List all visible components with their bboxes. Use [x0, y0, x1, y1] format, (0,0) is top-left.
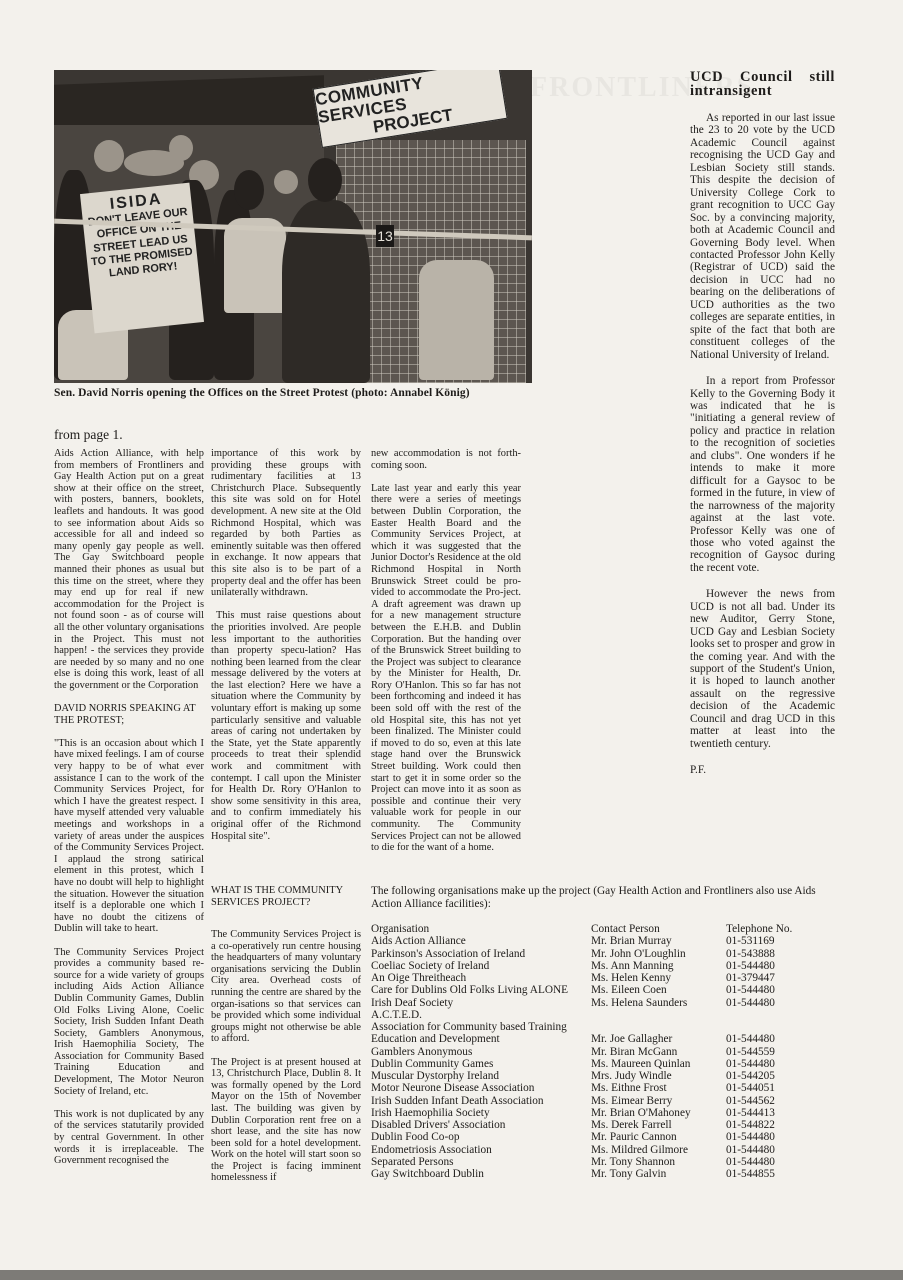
person-behind-mesh	[419, 260, 494, 380]
table-row: Endometriosis AssociationMs. Mildred Gil…	[371, 1144, 831, 1156]
balloon	[169, 135, 193, 161]
table-row: Dublin Food Co-opMr. Pauric Cannon01-544…	[371, 1131, 831, 1143]
telephone-cell: 01-544480	[726, 984, 831, 996]
paragraph: As reported in our last issue the 23 to …	[690, 112, 835, 361]
contact-cell: Mr. Biran McGann	[591, 1046, 726, 1058]
organisations-table: Organisation Contact Person Telephone No…	[371, 923, 831, 1180]
table-row: Care for Dublins Old Folks Living ALONEM…	[371, 984, 831, 996]
table-row: Separated PersonsMr. Tony Shannon01-5444…	[371, 1156, 831, 1168]
table-row: Motor Neurone Disease AssociationMs. Eit…	[371, 1082, 831, 1094]
paragraph: This must raise questions about the prio…	[211, 610, 361, 842]
org-cell: Coeliac Society of Ireland	[371, 960, 591, 972]
article-column-1: Aids Action Alliance, with help from mem…	[54, 448, 204, 1178]
table-row: Aids Action AllianceMr. Brian Murray01-5…	[371, 935, 831, 947]
table-row: Irish Deaf SocietyMs. Helena Saunders01-…	[371, 997, 831, 1009]
contact-cell: Ms. Helena Saunders	[591, 997, 726, 1009]
paragraph: importance of this work by providing the…	[211, 448, 361, 599]
org-cell: Irish Haemophilia Society	[371, 1107, 591, 1119]
contact-cell: Mr. John O'Loughlin	[591, 948, 726, 960]
contact-cell: Mrs. Judy Windle	[591, 1070, 726, 1082]
contact-cell	[591, 1009, 726, 1021]
org-cell: Education and Development	[371, 1033, 591, 1045]
contact-cell: Ms. Ann Manning	[591, 960, 726, 972]
org-cell: Gamblers Anonymous	[371, 1046, 591, 1058]
paragraph: The Community Services Project is a co-o…	[211, 929, 361, 1045]
org-cell: Dublin Community Games	[371, 1058, 591, 1070]
telephone-cell: 01-544855	[726, 1168, 831, 1180]
header-telephone: Telephone No.	[726, 923, 831, 935]
person-head	[234, 170, 264, 210]
table-row: An Oige ThreitheachMs. Helen Kenny01-379…	[371, 972, 831, 984]
newspaper-page: FRONTLINERS COMMUNITY SERVICES PROJECT I…	[0, 0, 903, 1270]
author-signature: P.F.	[690, 764, 835, 776]
paragraph: "This is an occasion about which I have …	[54, 738, 204, 935]
telephone-cell: 01-544480	[726, 1156, 831, 1168]
contact-cell: Mr. Joe Gallagher	[591, 1033, 726, 1045]
org-cell: An Oige Threitheach	[371, 972, 591, 984]
org-cell: Disabled Drivers' Association	[371, 1119, 591, 1131]
paragraph: The Project is at present housed at 13, …	[211, 1057, 361, 1185]
org-cell: Gay Switchboard Dublin	[371, 1168, 591, 1180]
org-cell: Separated Persons	[371, 1156, 591, 1168]
contact-cell: Mr. Pauric Cannon	[591, 1131, 726, 1143]
org-cell: Dublin Food Co-op	[371, 1131, 591, 1143]
contact-cell: Mr. Tony Shannon	[591, 1156, 726, 1168]
telephone-cell: 01-544480	[726, 997, 831, 1009]
table-body: Aids Action AllianceMr. Brian Murray01-5…	[371, 935, 831, 1180]
contact-cell	[591, 1021, 726, 1033]
telephone-cell: 01-544480	[726, 960, 831, 972]
ucd-sidebar-article: UCD Council still intransigent As report…	[690, 70, 835, 791]
telephone-cell	[726, 1009, 831, 1021]
paragraph: In a report from Professor Kelly to the …	[690, 375, 835, 574]
table-row: Education and DevelopmentMr. Joe Gallagh…	[371, 1033, 831, 1045]
door-number: 13	[376, 225, 394, 247]
sidebar-title: UCD Council still intransigent	[690, 70, 835, 98]
article-column-2: importance of this work by providing the…	[211, 448, 361, 854]
table-row: Irish Sudden Infant Death AssociationMs.…	[371, 1095, 831, 1107]
person-tshirt	[224, 218, 286, 313]
continued-from-label: from page 1.	[54, 427, 123, 443]
photo-project-sign: COMMUNITY SERVICES PROJECT	[313, 70, 508, 148]
telephone-cell: 01-544480	[726, 1131, 831, 1143]
article-column-3: new accommodation is not forth-coming so…	[371, 448, 521, 865]
contact-cell: Ms. Eileen Coen	[591, 984, 726, 996]
page-bottom-edge	[0, 1270, 903, 1280]
telephone-cell: 01-544480	[726, 1144, 831, 1156]
table-row: Dublin Community GamesMs. Maureen Quinla…	[371, 1058, 831, 1070]
isida-placard: ISIDA DON'T LEAVE OUR OFFICE ON THE STRE…	[80, 183, 204, 334]
paragraph: Aids Action Alliance, with help from mem…	[54, 448, 204, 691]
paragraph: Late last year and early this year there…	[371, 483, 521, 854]
org-cell: Motor Neurone Disease Association	[371, 1082, 591, 1094]
table-row: Gamblers AnonymousMr. Biran McGann01-544…	[371, 1046, 831, 1058]
header-organisation: Organisation	[371, 923, 591, 935]
contact-cell: Mr. Tony Galvin	[591, 1168, 726, 1180]
telephone-cell: 01-544205	[726, 1070, 831, 1082]
norris-head	[308, 158, 342, 202]
header-contact: Contact Person	[591, 923, 726, 935]
telephone-cell: 01-544051	[726, 1082, 831, 1094]
org-cell: Irish Deaf Society	[371, 997, 591, 1009]
contact-cell: Ms. Derek Farrell	[591, 1119, 726, 1131]
contact-cell: Ms. Helen Kenny	[591, 972, 726, 984]
subheading: DAVID NORRIS SPEAKING AT THE PROTEST;	[54, 703, 204, 726]
telephone-cell: 01-544480	[726, 1058, 831, 1070]
table-row: A.C.T.E.D.	[371, 1009, 831, 1021]
contact-cell: Ms. Maureen Quinlan	[591, 1058, 726, 1070]
table-row: Irish Haemophilia SocietyMr. Brian O'Mah…	[371, 1107, 831, 1119]
telephone-cell: 01-544562	[726, 1095, 831, 1107]
paragraph: However the news from UCD is not all bad…	[690, 588, 835, 750]
balloon	[274, 170, 298, 194]
organisations-intro: The following organisations make up the …	[371, 885, 831, 910]
paragraph: new accommodation is not forth-coming so…	[371, 448, 521, 471]
paragraph: The Community Services Project provides …	[54, 947, 204, 1098]
table-row: Parkinson's Association of IrelandMr. Jo…	[371, 948, 831, 960]
telephone-cell	[726, 1021, 831, 1033]
contact-cell: Mr. Brian Murray	[591, 935, 726, 947]
contact-cell: Ms. Eithne Frost	[591, 1082, 726, 1094]
org-cell: A.C.T.E.D.	[371, 1009, 591, 1021]
table-row: Coeliac Society of IrelandMs. Ann Mannin…	[371, 960, 831, 972]
org-cell: Association for Community based Training	[371, 1021, 591, 1033]
telephone-cell: 01-544559	[726, 1046, 831, 1058]
telephone-cell: 01-544822	[726, 1119, 831, 1131]
balloon	[94, 140, 124, 172]
telephone-cell: 01-379447	[726, 972, 831, 984]
table-row: Gay Switchboard DublinMr. Tony Galvin01-…	[371, 1168, 831, 1180]
table-row: Muscular Dystorphy IrelandMrs. Judy Wind…	[371, 1070, 831, 1082]
telephone-cell: 01-543888	[726, 948, 831, 960]
telephone-cell: 01-544480	[726, 1033, 831, 1045]
what-is-heading: WHAT IS THE COMMUNITY SERVICES PROJECT?	[211, 885, 363, 908]
table-row: Association for Community based Training	[371, 1021, 831, 1033]
what-is-body: The Community Services Project is a co-o…	[211, 929, 361, 1196]
contact-cell: Mr. Brian O'Mahoney	[591, 1107, 726, 1119]
telephone-cell: 01-531169	[726, 935, 831, 947]
protest-photo: COMMUNITY SERVICES PROJECT ISIDA DON'T L…	[54, 70, 532, 383]
org-cell: Aids Action Alliance	[371, 935, 591, 947]
table-header-row: Organisation Contact Person Telephone No…	[371, 923, 831, 935]
org-cell: Care for Dublins Old Folks Living ALONE	[371, 984, 591, 996]
paragraph: This work is not duplicated by any of th…	[54, 1109, 204, 1167]
org-cell: Irish Sudden Infant Death Association	[371, 1095, 591, 1107]
table-row: Disabled Drivers' AssociationMs. Derek F…	[371, 1119, 831, 1131]
org-cell: Parkinson's Association of Ireland	[371, 948, 591, 960]
photo-caption: Sen. David Norris opening the Offices on…	[54, 387, 534, 399]
org-cell: Endometriosis Association	[371, 1144, 591, 1156]
contact-cell: Ms. Eimear Berry	[591, 1095, 726, 1107]
telephone-cell: 01-544413	[726, 1107, 831, 1119]
org-cell: Muscular Dystorphy Ireland	[371, 1070, 591, 1082]
placard-text: DON'T LEAVE OUR OFFICE ON THE STREET LEA…	[82, 206, 198, 283]
contact-cell: Ms. Mildred Gilmore	[591, 1144, 726, 1156]
